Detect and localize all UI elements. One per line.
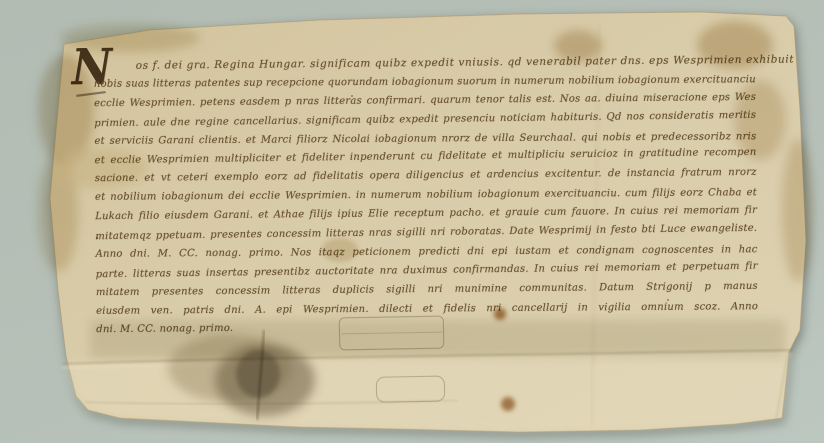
charter-text-block: N os f. dei gra. Regina Hungar. signific… xyxy=(94,51,759,341)
manuscript-line: eiusdem ven. patris dni. A. epi Wesprimi… xyxy=(96,298,758,322)
manuscript-photo: N os f. dei gra. Regina Hungar. signific… xyxy=(0,0,824,443)
